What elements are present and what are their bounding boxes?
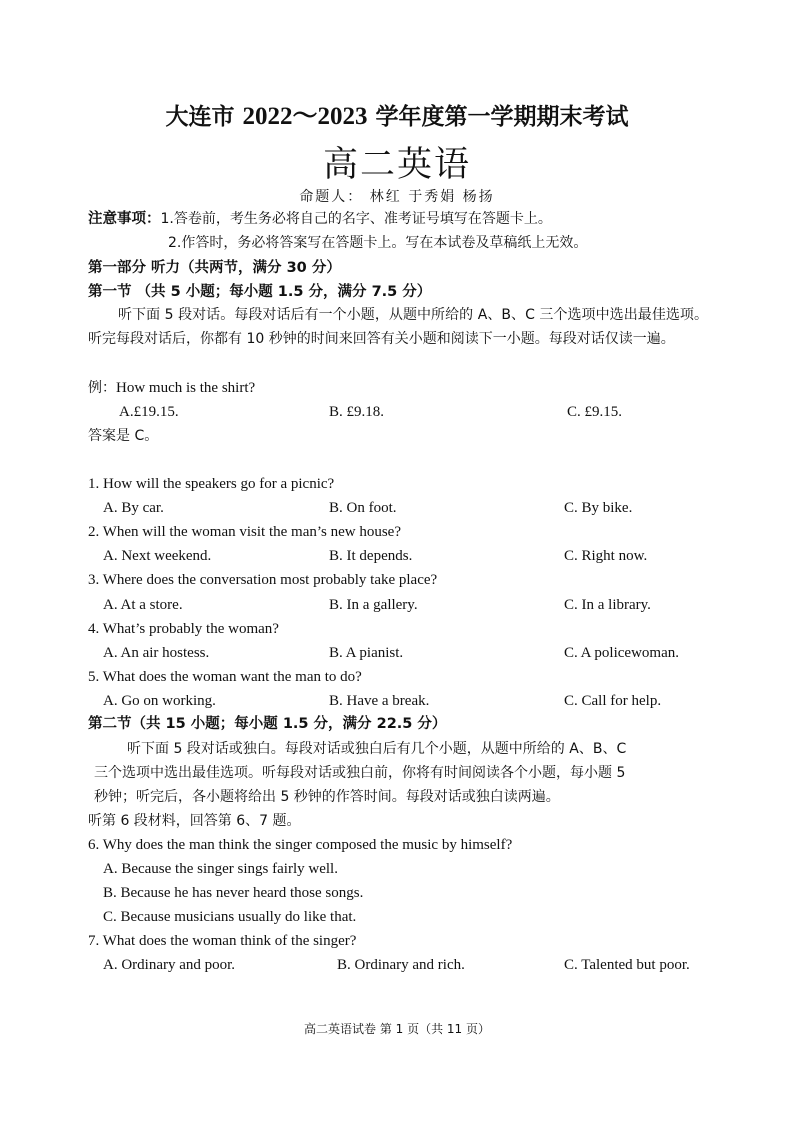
example-option-c: C. £9.15. [567,402,622,422]
q5-option-a: A. Go on working. [103,691,216,711]
question-2: 2. When will the woman visit the man’s n… [88,522,401,542]
q4-option-c: C. A policewoman. [564,643,679,663]
q2-option-a: A. Next weekend. [103,546,211,566]
title-city: 大连市 [165,104,234,130]
question-6: 6. Why does the man think the singer com… [88,835,512,855]
authors-line: 命题人： 林红 于秀娟 杨扬 [0,186,794,206]
section2-instructions-line3: 秒钟；听完后，各小题将给出 5 秒钟的作答时间。每段对话或独白读两遍。 [94,787,560,807]
notice-item-2: 2.作答时，务必将答案写在答题卡上。写在本试卷及草稿纸上无效。 [168,233,587,253]
q4-option-b: B. A pianist. [329,643,403,663]
example-question: 例：How much is the shirt? [88,378,255,398]
q5-option-b: B. Have a break. [329,691,429,711]
q5-option-c: C. Call for help. [564,691,661,711]
section2-instructions-line1: 听下面 5 段对话或独白。每段对话或独白后有几个小题，从题中所给的 A、B、C [127,739,626,759]
q1-option-c: C. By bike. [564,498,632,518]
q7-option-c: C. Talented but poor. [564,955,690,975]
q3-option-c: C. In a library. [564,595,651,615]
subject-title: 高二英语 [0,137,794,187]
q7-option-a: A. Ordinary and poor. [103,955,235,975]
title-years: 2022～2023 [242,103,367,130]
q3-option-b: B. In a gallery. [329,595,418,615]
question-4: 4. What’s probably the woman? [88,619,279,639]
exam-title: 大连市 2022～2023 学年度第一学期期末考试 [0,96,794,132]
question-1: 1. How will the speakers go for a picnic… [88,474,334,494]
q7-option-b: B. Ordinary and rich. [337,955,465,975]
section2-instructions-line2: 三个选项中选出最佳选项。听每段对话或独白前，你将有时间阅读各个小题，每小题 5 [94,763,625,783]
q1-option-a: A. By car. [103,498,164,518]
q4-option-a: A. An air hostess. [103,643,209,663]
q1-option-b: B. On foot. [329,498,397,518]
question-7: 7. What does the woman think of the sing… [88,931,356,951]
part1-heading: 第一部分 听力（共两节，满分 30 分） [88,258,341,278]
section1-instructions: 听下面 5 段对话。每段对话后有一个小题，从题中所给的 A、B、C 三个选项中选… [88,303,708,351]
q2-option-c: C. Right now. [564,546,647,566]
notice-item-1: 注意事项：1.答卷前，考生务必将自己的名字、准考证号填写在答题卡上。 [88,209,552,229]
q2-option-b: B. It depends. [329,546,412,566]
example-answer: 答案是 C。 [88,426,158,446]
title-rest: 学年度第一学期期末考试 [376,104,629,130]
example-option-a: A.£19.15. [119,402,179,422]
q6-option-a: A. Because the singer sings fairly well. [103,859,338,879]
section1-heading: 第一节 （共 5 小题；每小题 1.5 分，满分 7.5 分） [88,282,431,302]
material-note: 听第 6 段材料，回答第 6、7 题。 [88,811,301,831]
question-3: 3. Where does the conversation most prob… [88,570,437,590]
q6-option-c: C. Because musicians usually do like tha… [103,907,356,927]
q3-option-a: A. At a store. [103,595,183,615]
section2-heading: 第二节（共 15 小题；每小题 1.5 分，满分 22.5 分） [88,714,446,734]
q6-option-b: B. Because he has never heard those song… [103,883,363,903]
example-option-b: B. £9.18. [329,402,384,422]
notice-label: 注意事项： [88,211,161,227]
page-footer: 高二英语试卷 第 1 页（共 11 页） [0,1020,794,1037]
question-5: 5. What does the woman want the man to d… [88,667,362,687]
